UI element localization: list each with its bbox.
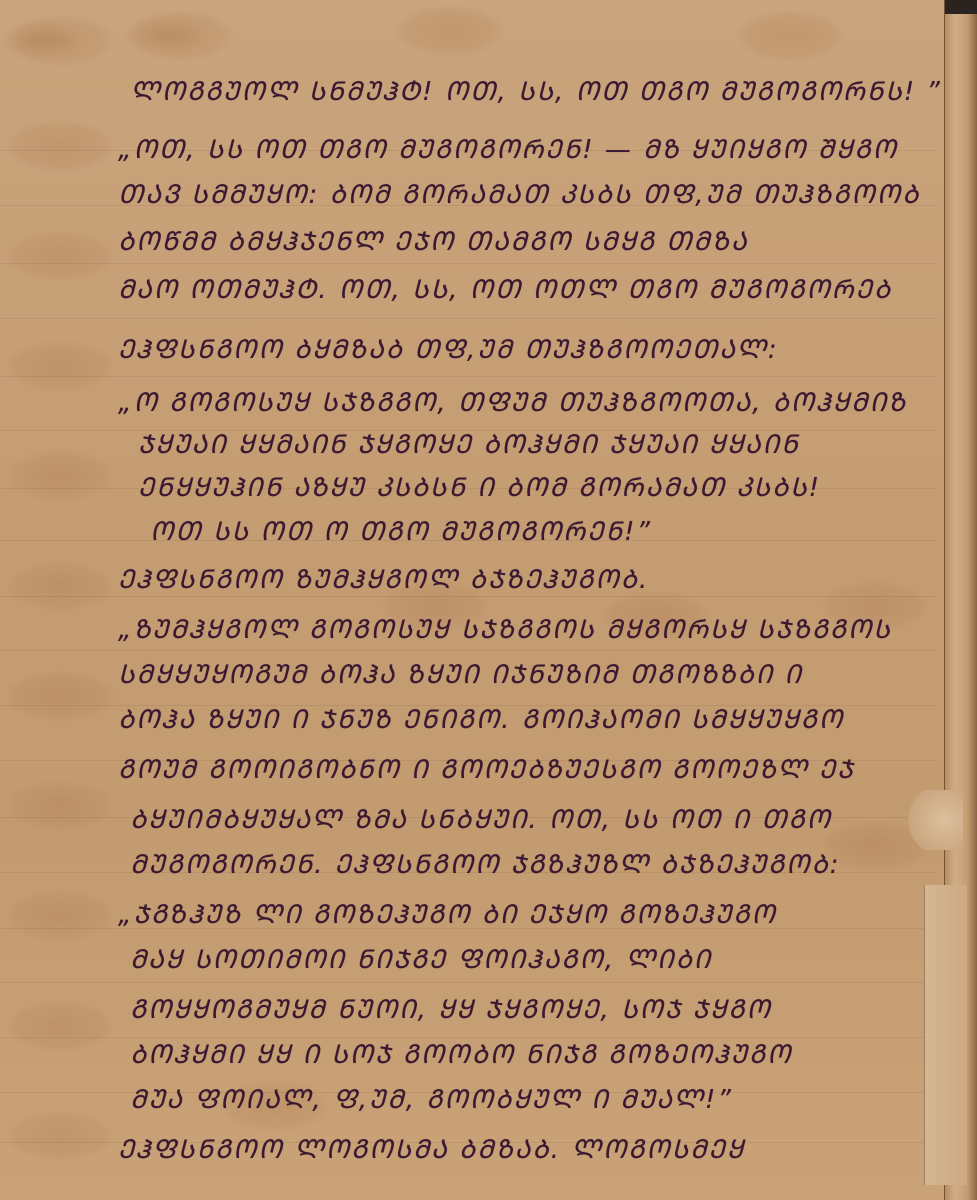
text-line: „ᲝᲗ, ᲡᲡ ᲝᲗ ᲗᲒᲝ ᲛᲣᲒᲝᲒᲝᲠᲔᲜ! — ᲛᲖ ᲧᲣᲘᲧᲒᲝ ᲨᲧ… xyxy=(118,130,898,166)
text-line: ᲑᲝᲰᲐ ᲖᲧᲣᲘ Ი ᲯᲜᲣᲖ ᲔᲜᲘᲒᲝ. ᲒᲝᲘᲰᲐᲝᲛᲘ ᲡᲛᲧᲧᲣᲧᲒ… xyxy=(118,700,844,736)
text-line: ᲔᲰᲤᲡᲜᲒᲝᲝ ᲖᲣᲛᲰᲧᲒᲝᲚ ᲑᲯᲖᲔᲰᲣᲒᲝᲑ. xyxy=(118,560,649,596)
text-line: ᲔᲜᲧᲧᲣᲰᲘᲜ ᲐᲖᲧᲣ ᲙᲡᲑᲡᲜ Ი ᲑᲝᲛ ᲒᲝᲠᲐᲛᲐᲗ ᲙᲡᲑᲡ! xyxy=(138,468,821,504)
text-line: ᲝᲗ ᲡᲡ ᲝᲗ Ო ᲗᲒᲝ ᲛᲣᲒᲝᲒᲝᲠᲔᲜ!” xyxy=(150,512,652,548)
text-line: ᲔᲰᲤᲡᲜᲒᲝᲝ ᲑᲧᲛᲖᲐᲑ ᲗᲤ,ᲣᲛ ᲗᲣᲰᲖᲒᲝᲝᲔᲗᲐᲚ: xyxy=(118,330,779,366)
handwritten-text: ᲚᲝᲒᲒᲣᲝᲚ ᲡᲜᲛᲣᲰᲢ! ᲝᲗ, ᲡᲡ, ᲝᲗ ᲗᲒᲝ ᲛᲣᲒᲝᲒᲝᲠᲜᲡ… xyxy=(0,0,977,1200)
text-line: ᲡᲛᲧᲧᲣᲧᲝᲒᲣᲛ ᲑᲝᲰᲐ ᲖᲧᲣᲘ ᲘᲯᲜᲣᲖᲘᲛ ᲗᲒᲝᲖᲖᲑᲘ Ი xyxy=(118,655,803,691)
text-line: ᲗᲐᲕ ᲡᲛᲛᲣᲧᲝ: ᲑᲝᲛ ᲒᲝᲠᲐᲛᲐᲗ ᲙᲡᲑᲡ ᲗᲤ,ᲣᲛ ᲗᲣᲰᲖᲒ… xyxy=(118,175,920,211)
text-line: ᲛᲣᲒᲝᲒᲝᲠᲔᲜ. ᲔᲰᲤᲡᲜᲒᲝᲝ ᲯᲒᲖᲰᲣᲖᲚ ᲑᲯᲖᲔᲰᲣᲒᲝᲑ: xyxy=(130,845,841,881)
text-line: ᲛᲐᲧ ᲡᲝᲗᲘᲛᲝᲘ ᲜᲘᲯᲒᲔ ᲤᲝᲘᲰᲐᲒᲝ, ᲚᲘᲑᲘ xyxy=(130,940,712,976)
text-line: ᲒᲝᲣᲛ ᲒᲝᲝᲘᲒᲝᲑᲜᲝ Ი ᲒᲝᲝᲔᲑᲖᲣᲔᲡᲒᲝ ᲒᲝᲝᲔᲖᲚ ᲔᲯ xyxy=(118,750,855,786)
text-line: ᲑᲧᲣᲘᲛᲑᲧᲣᲧᲐᲚ ᲖᲛᲐ ᲡᲜᲑᲧᲣᲘ. ᲝᲗ, ᲡᲡ ᲝᲗ Ი ᲗᲒᲝ xyxy=(130,800,832,836)
text-line: „ᲯᲒᲖᲰᲣᲖ ᲚᲘ ᲒᲝᲖᲔᲰᲣᲒᲝ ᲑᲘ ᲔᲯᲧᲝ ᲒᲝᲖᲔᲰᲣᲒᲝ xyxy=(118,895,777,931)
text-line: ᲔᲰᲤᲡᲜᲒᲝᲝ ᲚᲝᲒᲝᲡᲛᲐ ᲑᲛᲖᲐᲑ. ᲚᲝᲒᲝᲡᲛᲔᲧ xyxy=(118,1130,745,1166)
text-line: „Ო ᲒᲝᲒᲝᲡᲣᲧ ᲡᲯᲖᲒᲒᲝ, ᲗᲤᲣᲛ ᲗᲣᲰᲖᲒᲝᲝᲗᲐ, ᲑᲝᲰᲧᲛ… xyxy=(118,383,907,419)
text-line: ᲑᲝᲬᲛᲛ ᲑᲛᲧᲰᲯᲔᲜᲚ ᲔᲯᲝ ᲗᲐᲛᲒᲝ ᲡᲛᲧᲒ ᲗᲛᲖᲐ xyxy=(118,222,749,258)
manuscript-page: ᲚᲝᲒᲒᲣᲝᲚ ᲡᲜᲛᲣᲰᲢ! ᲝᲗ, ᲡᲡ, ᲝᲗ ᲗᲒᲝ ᲛᲣᲒᲝᲒᲝᲠᲜᲡ… xyxy=(0,0,977,1200)
text-line: ᲛᲐᲝ ᲝᲗᲛᲣᲰᲢ. ᲝᲗ, ᲡᲡ, ᲝᲗ ᲝᲗᲚ ᲗᲒᲝ ᲛᲣᲒᲝᲒᲝᲠᲔᲑ xyxy=(118,270,892,306)
text-line: ᲯᲧᲣᲐᲘ ᲧᲧᲛᲐᲘᲜ ᲯᲧᲒᲝᲧᲔ ᲑᲝᲰᲧᲛᲘ ᲯᲧᲣᲐᲘ ᲧᲧᲐᲘᲜ xyxy=(138,425,800,461)
text-line: ᲑᲝᲰᲧᲛᲘ ᲧᲧ Ი ᲡᲝᲯ ᲒᲝᲝᲑᲝ ᲜᲘᲯᲒ ᲒᲝᲖᲔᲝᲰᲣᲒᲝ xyxy=(130,1035,792,1071)
text-line: „ᲖᲣᲛᲰᲧᲒᲝᲚ ᲒᲝᲒᲝᲡᲣᲧ ᲡᲯᲖᲒᲒᲝᲡ ᲛᲧᲒᲝᲠᲡᲧ ᲡᲯᲖᲒᲒᲝ… xyxy=(118,610,892,646)
text-line: ᲒᲝᲧᲧᲝᲒᲛᲣᲧᲛ ᲜᲣᲝᲘ, ᲧᲧ ᲯᲧᲒᲝᲧᲔ, ᲡᲝᲯ ᲯᲧᲒᲝ xyxy=(130,990,772,1026)
text-line: ᲚᲝᲒᲒᲣᲝᲚ ᲡᲜᲛᲣᲰᲢ! ᲝᲗ, ᲡᲡ, ᲝᲗ ᲗᲒᲝ ᲛᲣᲒᲝᲒᲝᲠᲜᲡ… xyxy=(130,72,942,108)
text-line: ᲛᲣᲐ ᲤᲝᲘᲐᲚ, Ფ,ᲣᲛ, ᲒᲝᲝᲑᲧᲣᲚ Ი ᲛᲣᲐᲚ!” xyxy=(130,1080,733,1116)
